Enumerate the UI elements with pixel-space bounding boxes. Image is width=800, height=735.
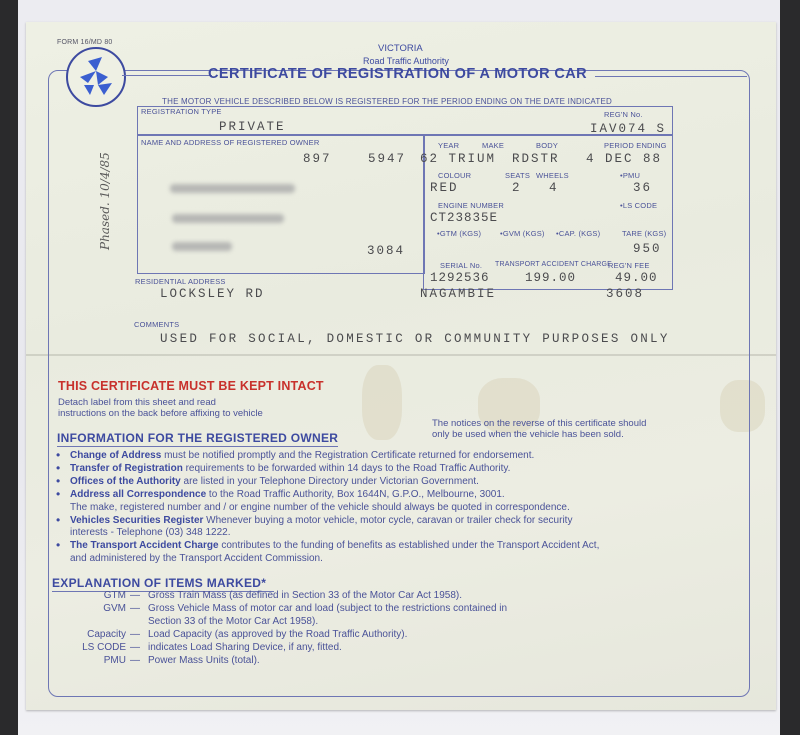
cap-label: •CAP. (KGS) xyxy=(556,229,600,238)
info-item-title: Vehicles Securities Register xyxy=(70,515,203,526)
engine-number-label: ENGINE NUMBER xyxy=(438,201,504,210)
tare-value: 950 xyxy=(633,242,662,256)
info-item-transport-accident-cont: and administered by the Transport Accide… xyxy=(56,553,756,566)
explanation-definition: Power Mass Units (total). xyxy=(148,655,260,668)
handwritten-note: Phased. 10/4/85 xyxy=(98,152,112,250)
certificate-subtitle: THE MOTOR VEHICLE DESCRIBED BELOW IS REG… xyxy=(162,97,612,106)
colour-value: RED xyxy=(430,181,459,195)
wheels-value: 4 xyxy=(549,181,559,195)
comments-label: COMMENTS xyxy=(134,320,179,329)
info-item-text: to the Road Traffic Authority, Box 1644N… xyxy=(206,489,505,500)
explanation-row-gvm-cont: Section 33 of the Motor Car Act 1958). xyxy=(50,616,507,629)
info-item-text: are listed in your Telephone Directory u… xyxy=(181,476,479,487)
serial-number-label: SERIAL No. xyxy=(440,261,482,270)
info-item-title: Transfer of Registration xyxy=(70,463,183,474)
explanation-term: LS CODE xyxy=(50,642,130,655)
body-value: RDSTR xyxy=(512,152,560,166)
engine-number-value: CT23835E xyxy=(430,211,498,225)
info-item-transfer: Transfer of Registration requirements to… xyxy=(56,463,756,476)
residential-suburb: NAGAMBIE xyxy=(420,287,496,301)
period-ending-value: 4 DEC 88 xyxy=(586,152,662,166)
explanation-dash: — xyxy=(130,655,148,668)
explanation-dash: — xyxy=(130,629,148,642)
period-ending-label: PERIOD ENDING xyxy=(604,141,667,150)
wheels-label: WHEELS xyxy=(536,171,569,180)
seats-label: SEATS xyxy=(505,171,530,180)
info-item-title: Change of Address xyxy=(70,450,161,461)
ls-code-label: •LS CODE xyxy=(620,201,657,210)
info-item-text: Whenever buying a motor vehicle, motor c… xyxy=(203,515,572,526)
residential-postcode: 3608 xyxy=(606,287,644,301)
keep-intact-warning: THIS CERTIFICATE MUST BE KEPT INTACT xyxy=(58,379,324,393)
explanation-definition: Load Capacity (as approved by the Road T… xyxy=(148,629,407,642)
info-heading: INFORMATION FOR THE REGISTERED OWNER xyxy=(57,431,338,447)
colour-label: COLOUR xyxy=(438,171,471,180)
info-item-offices: Offices of the Authority are listed in y… xyxy=(56,476,756,489)
explanation-term xyxy=(50,616,130,629)
info-item-text: contributes to the funding of benefits a… xyxy=(219,540,600,551)
explanation-definition: indicates Load Sharing Device, if any, f… xyxy=(148,642,342,655)
info-item-title: Offices of the Authority xyxy=(70,476,181,487)
form-number: FORM 16/MD 80 xyxy=(57,39,113,46)
reverse-notice-1: The notices on the reverse of this certi… xyxy=(432,418,646,429)
authority-name: Road Traffic Authority xyxy=(363,56,449,66)
explanation-row-pmu: PMU—Power Mass Units (total). xyxy=(50,655,507,668)
explanation-term: GVM xyxy=(50,603,130,616)
body-label: BODY xyxy=(536,141,558,150)
info-list: Change of Address must be notified promp… xyxy=(56,450,756,566)
info-item-text: requirements to be forwarded within 14 d… xyxy=(183,463,511,474)
residential-street: LOCKSLEY RD xyxy=(160,287,265,301)
regn-fee-value: 49.00 xyxy=(615,271,658,285)
info-item-securities-register: Vehicles Securities Register Whenever bu… xyxy=(56,515,756,528)
redacted-owner-suburb xyxy=(172,242,232,251)
registration-type-value: PRIVATE xyxy=(219,120,286,134)
explanation-dash: — xyxy=(130,603,148,616)
info-item-change-of-address: Change of Address must be notified promp… xyxy=(56,450,756,463)
explanation-term: GTM xyxy=(50,590,130,603)
pmu-label: •PMU xyxy=(620,171,640,180)
info-item-correspondence-cont: The make, registered number and / or eng… xyxy=(56,502,756,515)
gtm-label: •GTM (KGS) xyxy=(437,229,481,238)
explanation-dash: — xyxy=(130,590,148,603)
explanation-row-ls-code: LS CODE—indicates Load Sharing Device, i… xyxy=(50,642,507,655)
reverse-notice-2: only be used when the vehicle has been s… xyxy=(432,429,624,440)
info-item-text: must be notified promptly and the Regist… xyxy=(161,450,534,461)
owner-code-2: 5947 xyxy=(368,152,406,166)
info-item-text: interests - Telephone (03) 348 1222. xyxy=(70,527,230,538)
rta-emblem-icon xyxy=(68,49,124,105)
seats-value: 2 xyxy=(512,181,522,195)
redacted-owner-name xyxy=(170,184,295,193)
info-item-title: The Transport Accident Charge xyxy=(70,540,219,551)
gvm-label: •GVM (KGS) xyxy=(500,229,545,238)
info-item-transport-accident: The Transport Accident Charge contribute… xyxy=(56,540,756,553)
tac-label: TRANSPORT ACCIDENT CHARGE xyxy=(495,261,612,268)
explanation-dash: — xyxy=(130,642,148,655)
info-item-title: Address all Correspondence xyxy=(70,489,206,500)
explanation-dash-spacer xyxy=(130,616,148,629)
explanation-term: Capacity xyxy=(50,629,130,642)
year-label: YEAR xyxy=(438,141,459,150)
owner-label: NAME AND ADDRESS OF REGISTERED OWNER xyxy=(141,138,319,147)
tare-label: TARE (KGS) xyxy=(622,229,666,238)
certificate-title: CERTIFICATE OF REGISTRATION OF A MOTOR C… xyxy=(208,66,587,82)
comments-value: USED FOR SOCIAL, DOMESTIC OR COMMUNITY P… xyxy=(160,332,670,346)
registration-type-label: REGISTRATION TYPE xyxy=(141,107,222,116)
regn-fee-label: REG'N FEE xyxy=(608,261,650,270)
explanation-definition: Gross Train Mass (as defined in Section … xyxy=(148,590,462,603)
info-item-text: and administered by the Transport Accide… xyxy=(70,553,323,564)
year-make-value: 62 TRIUM xyxy=(420,152,496,166)
explanation-row-gtm: GTM—Gross Train Mass (as defined in Sect… xyxy=(50,590,507,603)
tac-value: 199.00 xyxy=(525,271,576,285)
info-item-text: The make, registered number and / or eng… xyxy=(70,502,570,513)
explanation-row-capacity: Capacity—Load Capacity (as approved by t… xyxy=(50,629,507,642)
regn-number-label: REG'N No. xyxy=(604,110,643,119)
state-name: VICTORIA xyxy=(378,43,423,54)
make-label: MAKE xyxy=(482,141,504,150)
residential-address-label: RESIDENTIAL ADDRESS xyxy=(135,277,226,286)
owner-code-1: 897 xyxy=(303,152,332,166)
info-item-correspondence: Address all Correspondence to the Road T… xyxy=(56,489,756,502)
pmu-value: 36 xyxy=(633,181,652,195)
info-item-securities-cont: interests - Telephone (03) 348 1222. xyxy=(56,527,756,540)
redacted-owner-address xyxy=(172,214,284,223)
title-rule-right xyxy=(595,76,747,77)
explanation-term: PMU xyxy=(50,655,130,668)
detach-instruction-1: Detach label from this sheet and read xyxy=(58,397,216,408)
explanation-definition: Gross Vehicle Mass of motor car and load… xyxy=(148,603,507,616)
rta-logo xyxy=(66,47,126,107)
explanation-row-gvm: GVM—Gross Vehicle Mass of motor car and … xyxy=(50,603,507,616)
detach-instruction-2: instructions on the back before affixing… xyxy=(58,408,263,419)
title-rule-left xyxy=(122,75,212,76)
owner-postcode: 3084 xyxy=(367,244,405,258)
explanation-definition: Section 33 of the Motor Car Act 1958). xyxy=(148,616,318,629)
explanation-list: GTM—Gross Train Mass (as defined in Sect… xyxy=(50,590,507,667)
serial-number-value: 1292536 xyxy=(430,271,490,285)
